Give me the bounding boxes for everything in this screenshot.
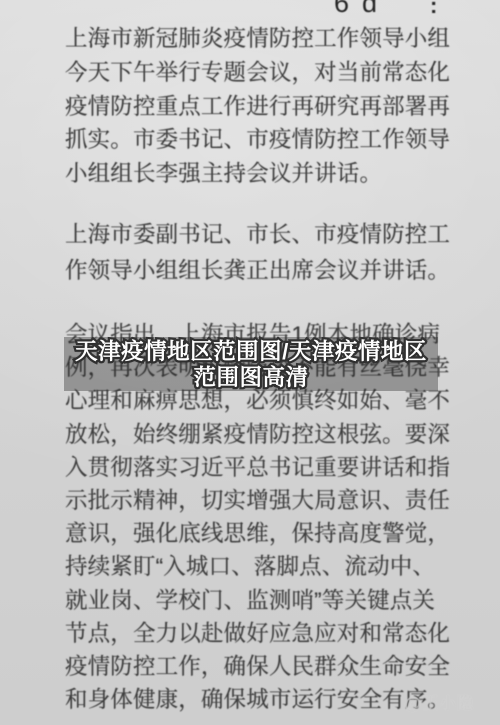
text-line: 上海市委副书记、市长、市疫情防控工: [65, 217, 453, 253]
text-line: 作领导小组组长龚正出席会议并讲话。: [65, 253, 453, 289]
text-line: 疫情防控工作，确保人民群众生命安全: [65, 650, 453, 683]
text-line: 放松，始终绷紧疫情防控这根弦。要深: [65, 418, 453, 451]
text-line: 就业岗、学校门、监测哨”等关键点关: [65, 584, 453, 617]
text-line: 疫情防控重点工作进行再研究再部署再: [65, 90, 453, 124]
author-watermark: @王小隐: [404, 689, 474, 714]
cropped-header-colon: :: [430, 0, 437, 19]
document-photo: 6d : 上海市新冠肺炎疫情防控工作领导小组 今天下午举行专题会议，对当前常态化…: [0, 0, 500, 725]
text-line: 抓实。市委书记、市疫情防控工作领导: [65, 123, 453, 157]
text-line: 节点，全力以赴做好应急应对和常态化: [65, 617, 453, 650]
caption-line-1: 天津疫情地区范围图/天津疫情地区: [54, 339, 448, 365]
cropped-header-text: 6d: [334, 0, 390, 19]
text-line: 持续紧盯“入城口、落脚点、流动中、: [65, 550, 453, 583]
text-line: 入贯彻落实习近平总书记重要讲话和指: [65, 451, 453, 484]
caption-line-2: 范围图高清: [54, 365, 448, 391]
text-line: 示批示精神，切实增强大局意识、责任: [65, 484, 453, 517]
text-line: 和身体健康，确保城市运行安全有序。: [65, 683, 453, 716]
text-line: 小组组长李强主持会议并讲话。: [65, 157, 453, 191]
text-line: 今天下午举行专题会议，对当前常态化: [65, 56, 453, 90]
document-paragraph-1: 上海市新冠肺炎疫情防控工作领导小组 今天下午举行专题会议，对当前常态化 疫情防控…: [65, 22, 453, 191]
document-paragraph-2: 上海市委副书记、市长、市疫情防控工 作领导小组组长龚正出席会议并讲话。: [65, 217, 453, 289]
text-line: 意识，强化底线思维，保持高度警觉，: [65, 517, 453, 550]
caption-overlay-title: 天津疫情地区范围图/天津疫情地区 范围图高清: [54, 339, 448, 390]
text-line: 上海市新冠肺炎疫情防控工作领导小组: [65, 22, 453, 56]
